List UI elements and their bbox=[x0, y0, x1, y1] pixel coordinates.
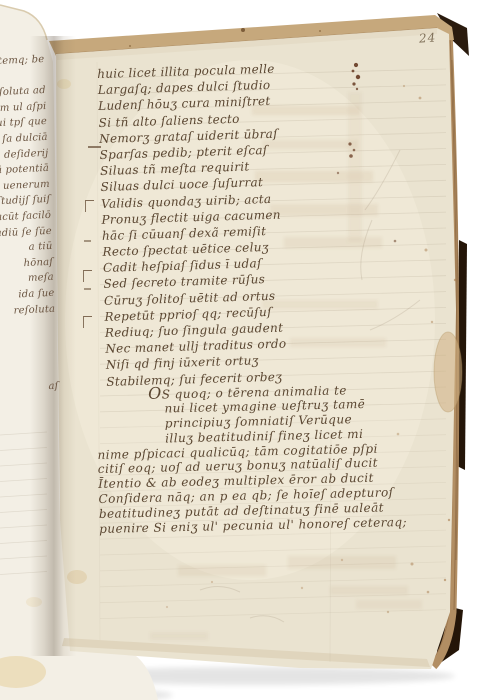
manuscript-photo: triſtemq; beq; ſoluta adrem ul aſpiqui t… bbox=[0, 0, 485, 700]
top-edge-speck bbox=[129, 45, 131, 47]
margin-dash bbox=[88, 146, 101, 148]
prose-text-block: OS quoq; o tērena animalia tenui licet y… bbox=[96, 381, 407, 537]
top-edge-notch bbox=[241, 28, 245, 32]
page-stain bbox=[67, 570, 87, 584]
top-edge-speck bbox=[319, 30, 321, 32]
page-stain bbox=[26, 597, 42, 607]
page-stain bbox=[57, 79, 71, 89]
margin-paragraph-mark bbox=[85, 200, 94, 212]
margin-paragraph-mark bbox=[83, 270, 92, 282]
folio-number: 24 bbox=[419, 30, 437, 45]
margin-tick bbox=[84, 288, 91, 290]
verse-text-block: huic licet illita pocula melleLargaſq; d… bbox=[97, 61, 288, 390]
margin-tick bbox=[84, 240, 91, 242]
margin-paragraph-mark bbox=[83, 316, 92, 328]
